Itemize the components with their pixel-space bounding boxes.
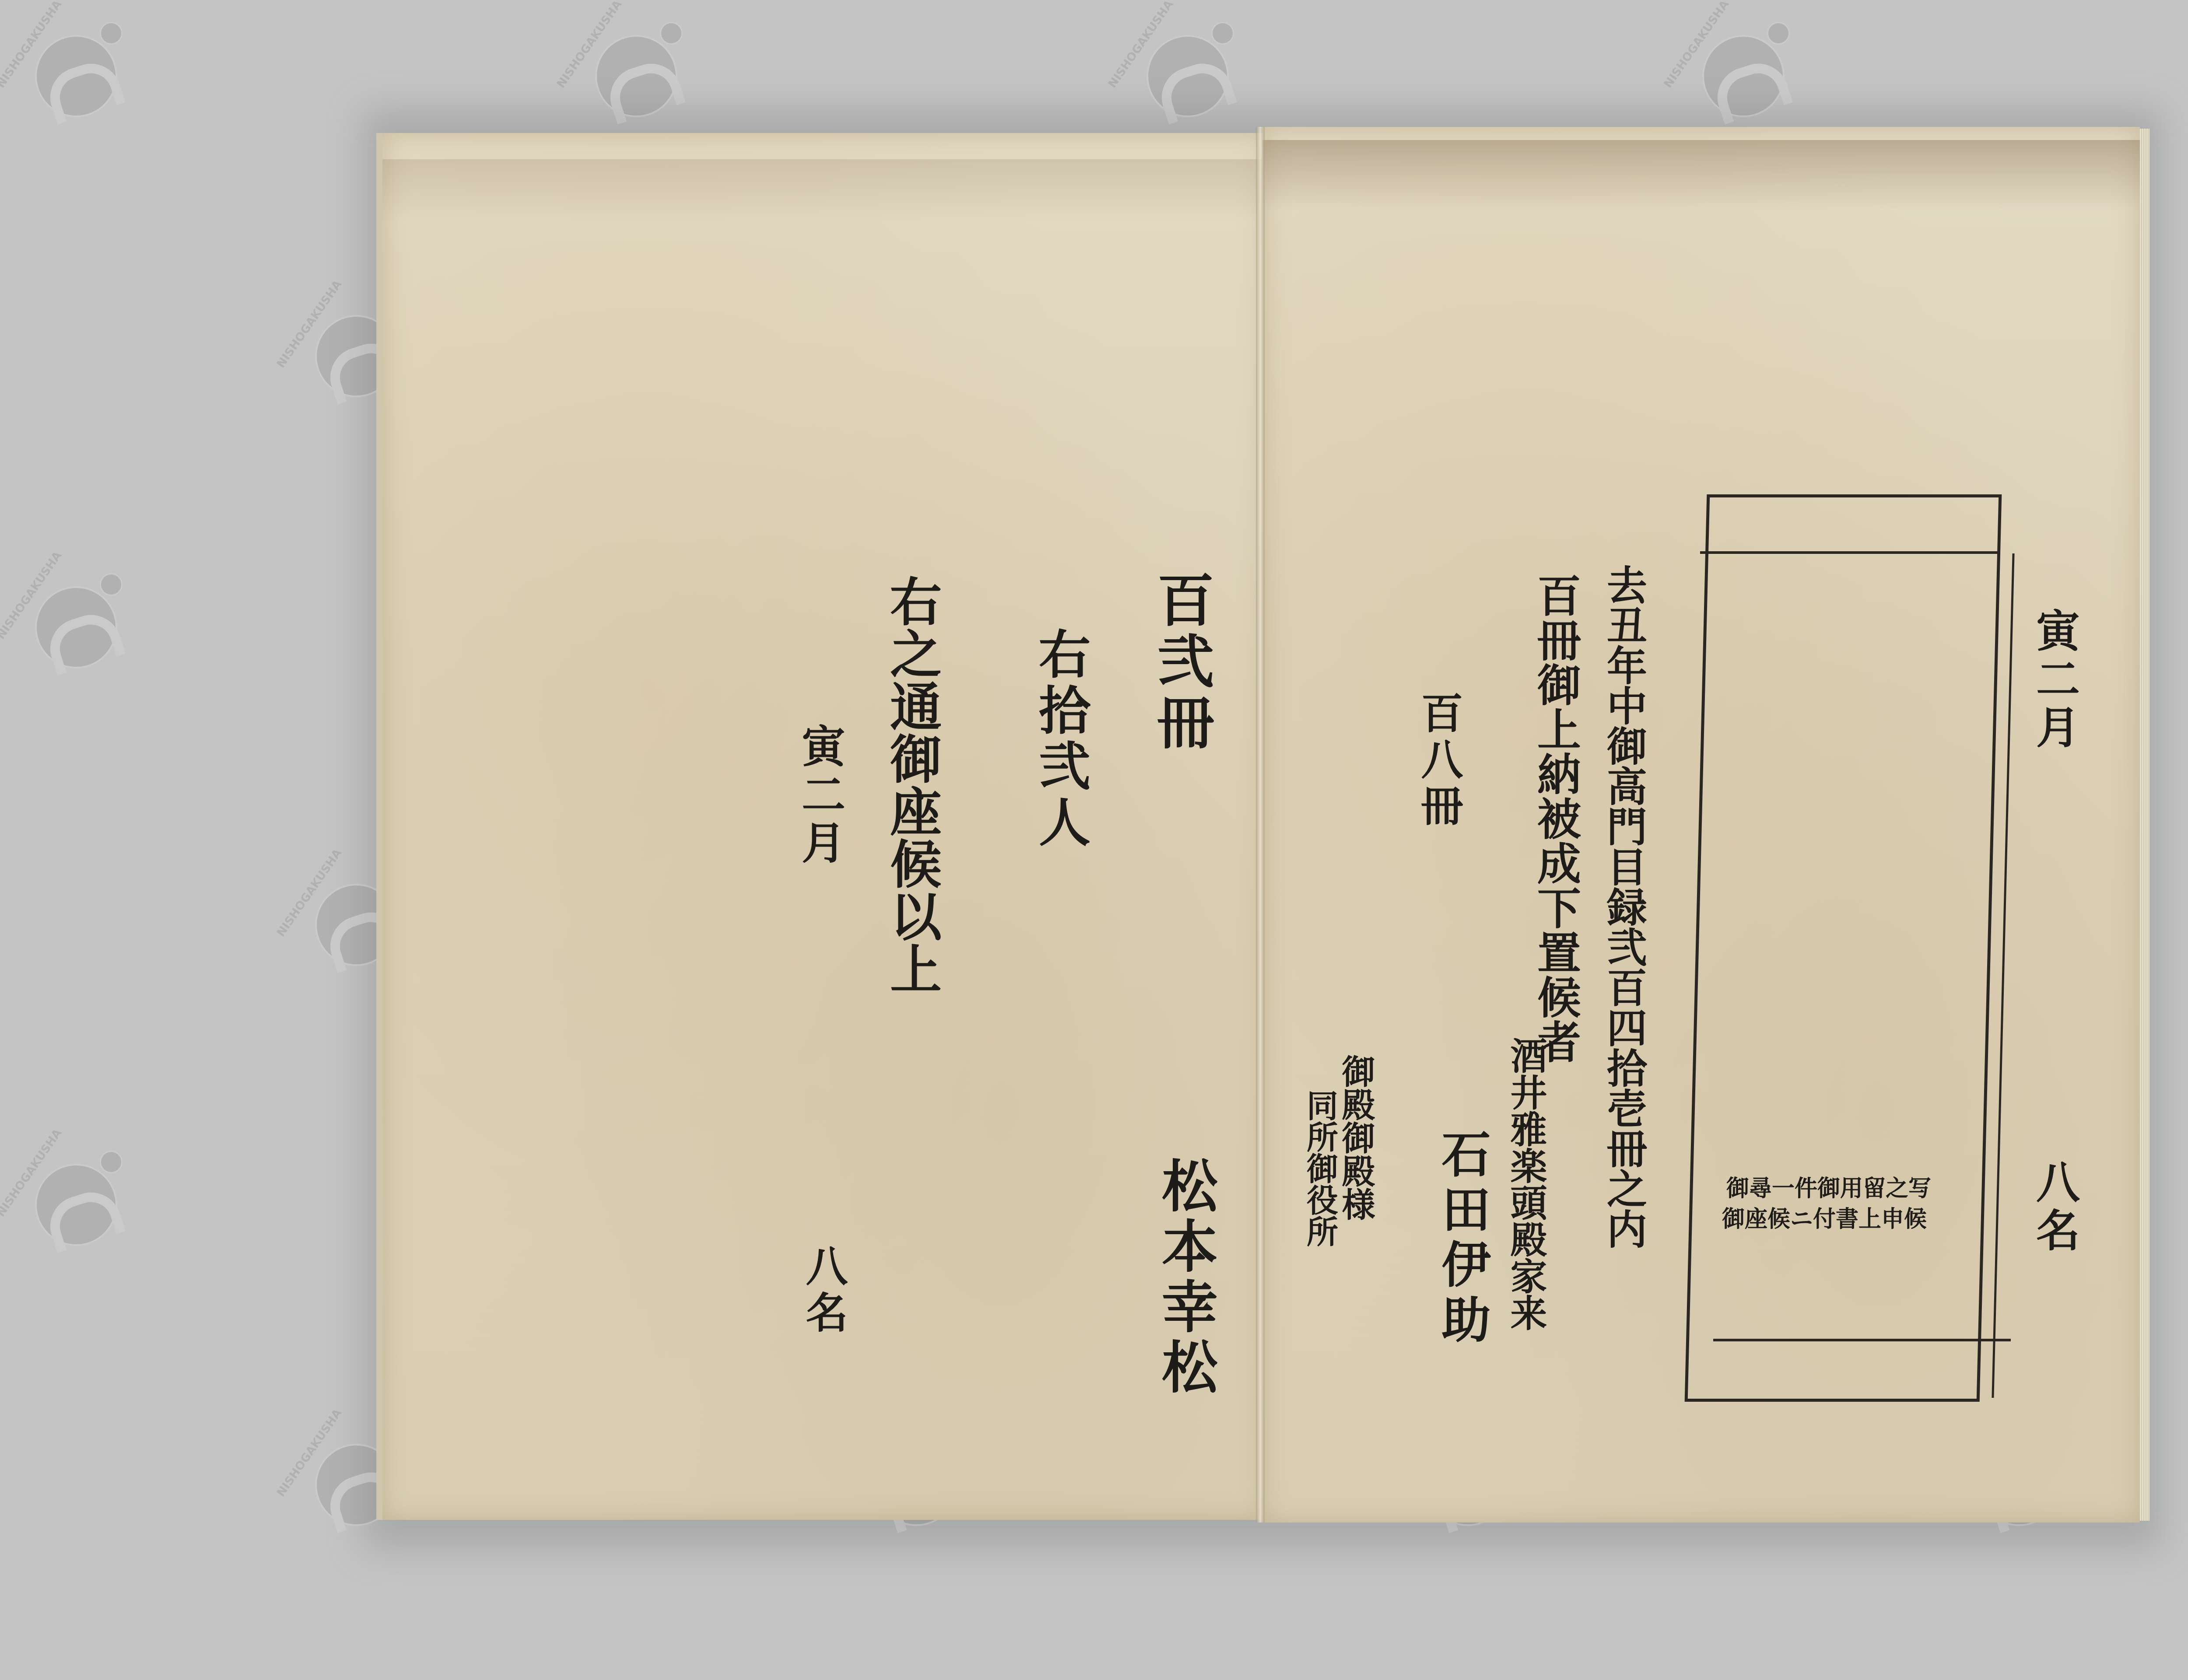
watermark-text: NISHOGAKUSHA bbox=[0, 549, 64, 641]
nishogakusha-logo-icon: NISHOGAKUSHA bbox=[18, 17, 123, 122]
column-left-l6: 八名 bbox=[803, 1244, 845, 1337]
nishogakusha-logo-icon: NISHOGAKUSHA bbox=[1685, 17, 1790, 122]
nishogakusha-logo-icon: NISHOGAKUSHA bbox=[1129, 17, 1234, 122]
column-left-l5: 寅二月 bbox=[798, 724, 842, 868]
column-right-r8: 御殿御殿様 bbox=[1339, 1054, 1372, 1221]
watermark-text: NISHOGAKUSHA bbox=[554, 0, 624, 91]
column-right-r5: 百八冊 bbox=[1418, 691, 1460, 830]
column-left-l4: 右之通御座候以上 bbox=[886, 575, 937, 995]
nishogakusha-logo-icon: NISHOGAKUSHA bbox=[18, 1146, 123, 1251]
top-stain bbox=[382, 159, 1266, 220]
page-fore-edge bbox=[2140, 129, 2149, 1521]
nishogakusha-logo-icon: NISHOGAKUSHA bbox=[578, 17, 683, 122]
top-stain bbox=[1262, 140, 2140, 210]
framed-cover-label bbox=[1685, 494, 2002, 1402]
column-right-r1: 寅二月 bbox=[2033, 608, 2076, 752]
left-page: 百弐冊 右拾弐人 松本幸松 右之通御座候以上 寅二月 八名 bbox=[376, 133, 1266, 1520]
column-right-r6: 酒井雅楽頭殿家来 bbox=[1508, 1037, 1544, 1331]
open-book: 百弐冊 右拾弐人 松本幸松 右之通御座候以上 寅二月 八名 御尋一件御用留之写 … bbox=[376, 127, 2140, 1522]
watermark-text: NISHOGAKUSHA bbox=[0, 1127, 64, 1219]
framed-label-line2: 御座候ニ付書上申候 bbox=[1722, 1207, 2002, 1232]
right-page: 御尋一件御用留之写 御座候ニ付書上申候 寅二月 八名 去丑年中御高門目録弐百四拾… bbox=[1262, 127, 2140, 1522]
nishogakusha-logo-icon: NISHOGAKUSHA bbox=[18, 569, 123, 674]
column-right-r7: 石田伊助 bbox=[1438, 1129, 1487, 1349]
watermark-text: NISHOGAKUSHA bbox=[0, 0, 64, 91]
frame-bottom-divider bbox=[1713, 1339, 2011, 1341]
column-left-l3: 松本幸松 bbox=[1157, 1157, 1213, 1398]
watermark-text: NISHOGAKUSHA bbox=[274, 278, 344, 370]
watermark-text: NISHOGAKUSHA bbox=[274, 847, 344, 939]
framed-label-line1: 御尋一件御用留之写 bbox=[1726, 1177, 2006, 1201]
column-left-l1: 百弐冊 bbox=[1153, 570, 1210, 754]
frame-top-divider bbox=[1700, 551, 1998, 554]
column-right-r2: 八名 bbox=[2033, 1159, 2076, 1256]
book-spine bbox=[1256, 127, 1265, 1522]
column-right-r4: 百冊御上納被成下置候者 bbox=[1534, 573, 1578, 1064]
column-right-r9: 同所御役所 bbox=[1304, 1089, 1336, 1247]
watermark-text: NISHOGAKUSHA bbox=[1662, 0, 1732, 91]
watermark-text: NISHOGAKUSHA bbox=[1106, 0, 1176, 91]
watermark-text: NISHOGAKUSHA bbox=[274, 1407, 344, 1499]
column-left-l2: 右拾弐人 bbox=[1034, 627, 1086, 851]
column-right-r3: 去丑年中御高門目録弐百四拾壱冊之内 bbox=[1604, 564, 1644, 1249]
